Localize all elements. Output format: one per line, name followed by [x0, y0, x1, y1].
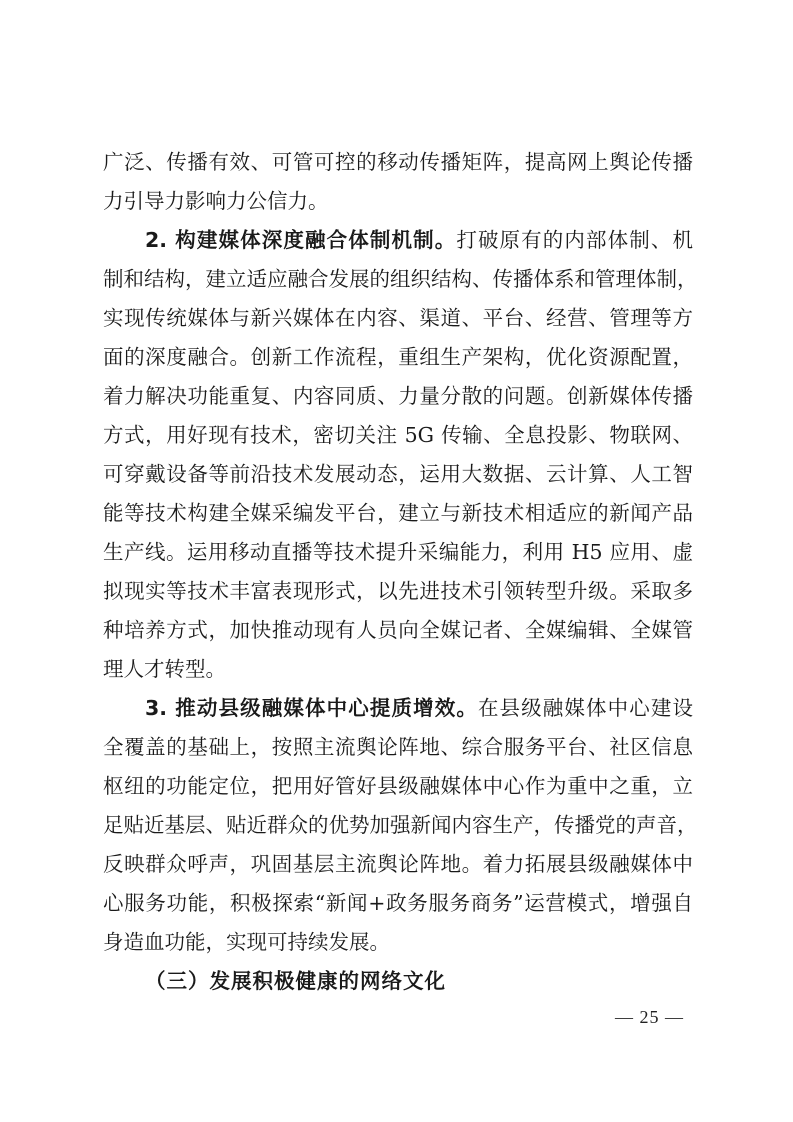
text-line: 可穿戴设备等前沿技术发展动态，运用大数据、云计算、人工智	[103, 455, 693, 494]
text-line: 生产线。运用移动直播等技术提升采编能力，利用 H5 应用、虚	[103, 533, 693, 572]
document-page: 广泛、传播有效、可管可控的移动传播矩阵，提高网上舆论传播 力引导力影响力公信力。…	[0, 0, 793, 1122]
text-line: 能等技术构建全媒采编发平台，建立与新技术相适应的新闻产品	[103, 494, 693, 533]
item-2-first-line: 2. 构建媒体深度融合体制机制。打破原有的内部体制、机	[103, 221, 693, 260]
item-2-title: 2. 构建媒体深度融合体制机制。	[145, 228, 456, 252]
text-line: 种培养方式，加快推动现有人员向全媒记者、全媒编辑、全媒管	[103, 611, 693, 650]
section-heading: （三）发展积极健康的网络文化	[103, 962, 693, 1001]
text-line: 足贴近基层、贴近群众的优势加强新闻内容生产，传播党的声音，	[103, 806, 693, 845]
text-line: 力引导力影响力公信力。	[103, 182, 693, 221]
text-line: 着力解决功能重复、内容同质、力量分散的问题。创新媒体传播	[103, 377, 693, 416]
text-line: 理人才转型。	[103, 650, 693, 689]
body-text: 广泛、传播有效、可管可控的移动传播矩阵，提高网上舆论传播 力引导力影响力公信力。…	[103, 143, 693, 1001]
page-number: — 25 —	[615, 1007, 684, 1028]
text-line: 面的深度融合。创新工作流程，重组生产架构，优化资源配置，	[103, 338, 693, 377]
text-line: 方式，用好现有技术，密切关注 5G 传输、全息投影、物联网、	[103, 416, 693, 455]
item-2-text: 打破原有的内部体制、机	[456, 228, 693, 252]
text-line: 广泛、传播有效、可管可控的移动传播矩阵，提高网上舆论传播	[103, 143, 693, 182]
text-line: 拟现实等技术丰富表现形式，以先进技术引领转型升级。采取多	[103, 572, 693, 611]
item-3-text: 在县级融媒体中心建设	[478, 696, 693, 720]
text-line: 实现传统媒体与新兴媒体在内容、渠道、平台、经营、管理等方	[103, 299, 693, 338]
item-3-first-line: 3. 推动县级融媒体中心提质增效。在县级融媒体中心建设	[103, 689, 693, 728]
item-3-title: 3. 推动县级融媒体中心提质增效。	[145, 696, 478, 720]
text-line: 全覆盖的基础上，按照主流舆论阵地、综合服务平台、社区信息	[103, 728, 693, 767]
text-line: 心服务功能，积极探索“新闻+政务服务商务”运营模式，增强自	[103, 884, 693, 923]
text-line: 制和结构，建立适应融合发展的组织结构、传播体系和管理体制，	[103, 260, 693, 299]
text-line: 身造血功能，实现可持续发展。	[103, 923, 693, 962]
text-line: 枢纽的功能定位，把用好管好县级融媒体中心作为重中之重，立	[103, 767, 693, 806]
text-line: 反映群众呼声，巩固基层主流舆论阵地。着力拓展县级融媒体中	[103, 845, 693, 884]
